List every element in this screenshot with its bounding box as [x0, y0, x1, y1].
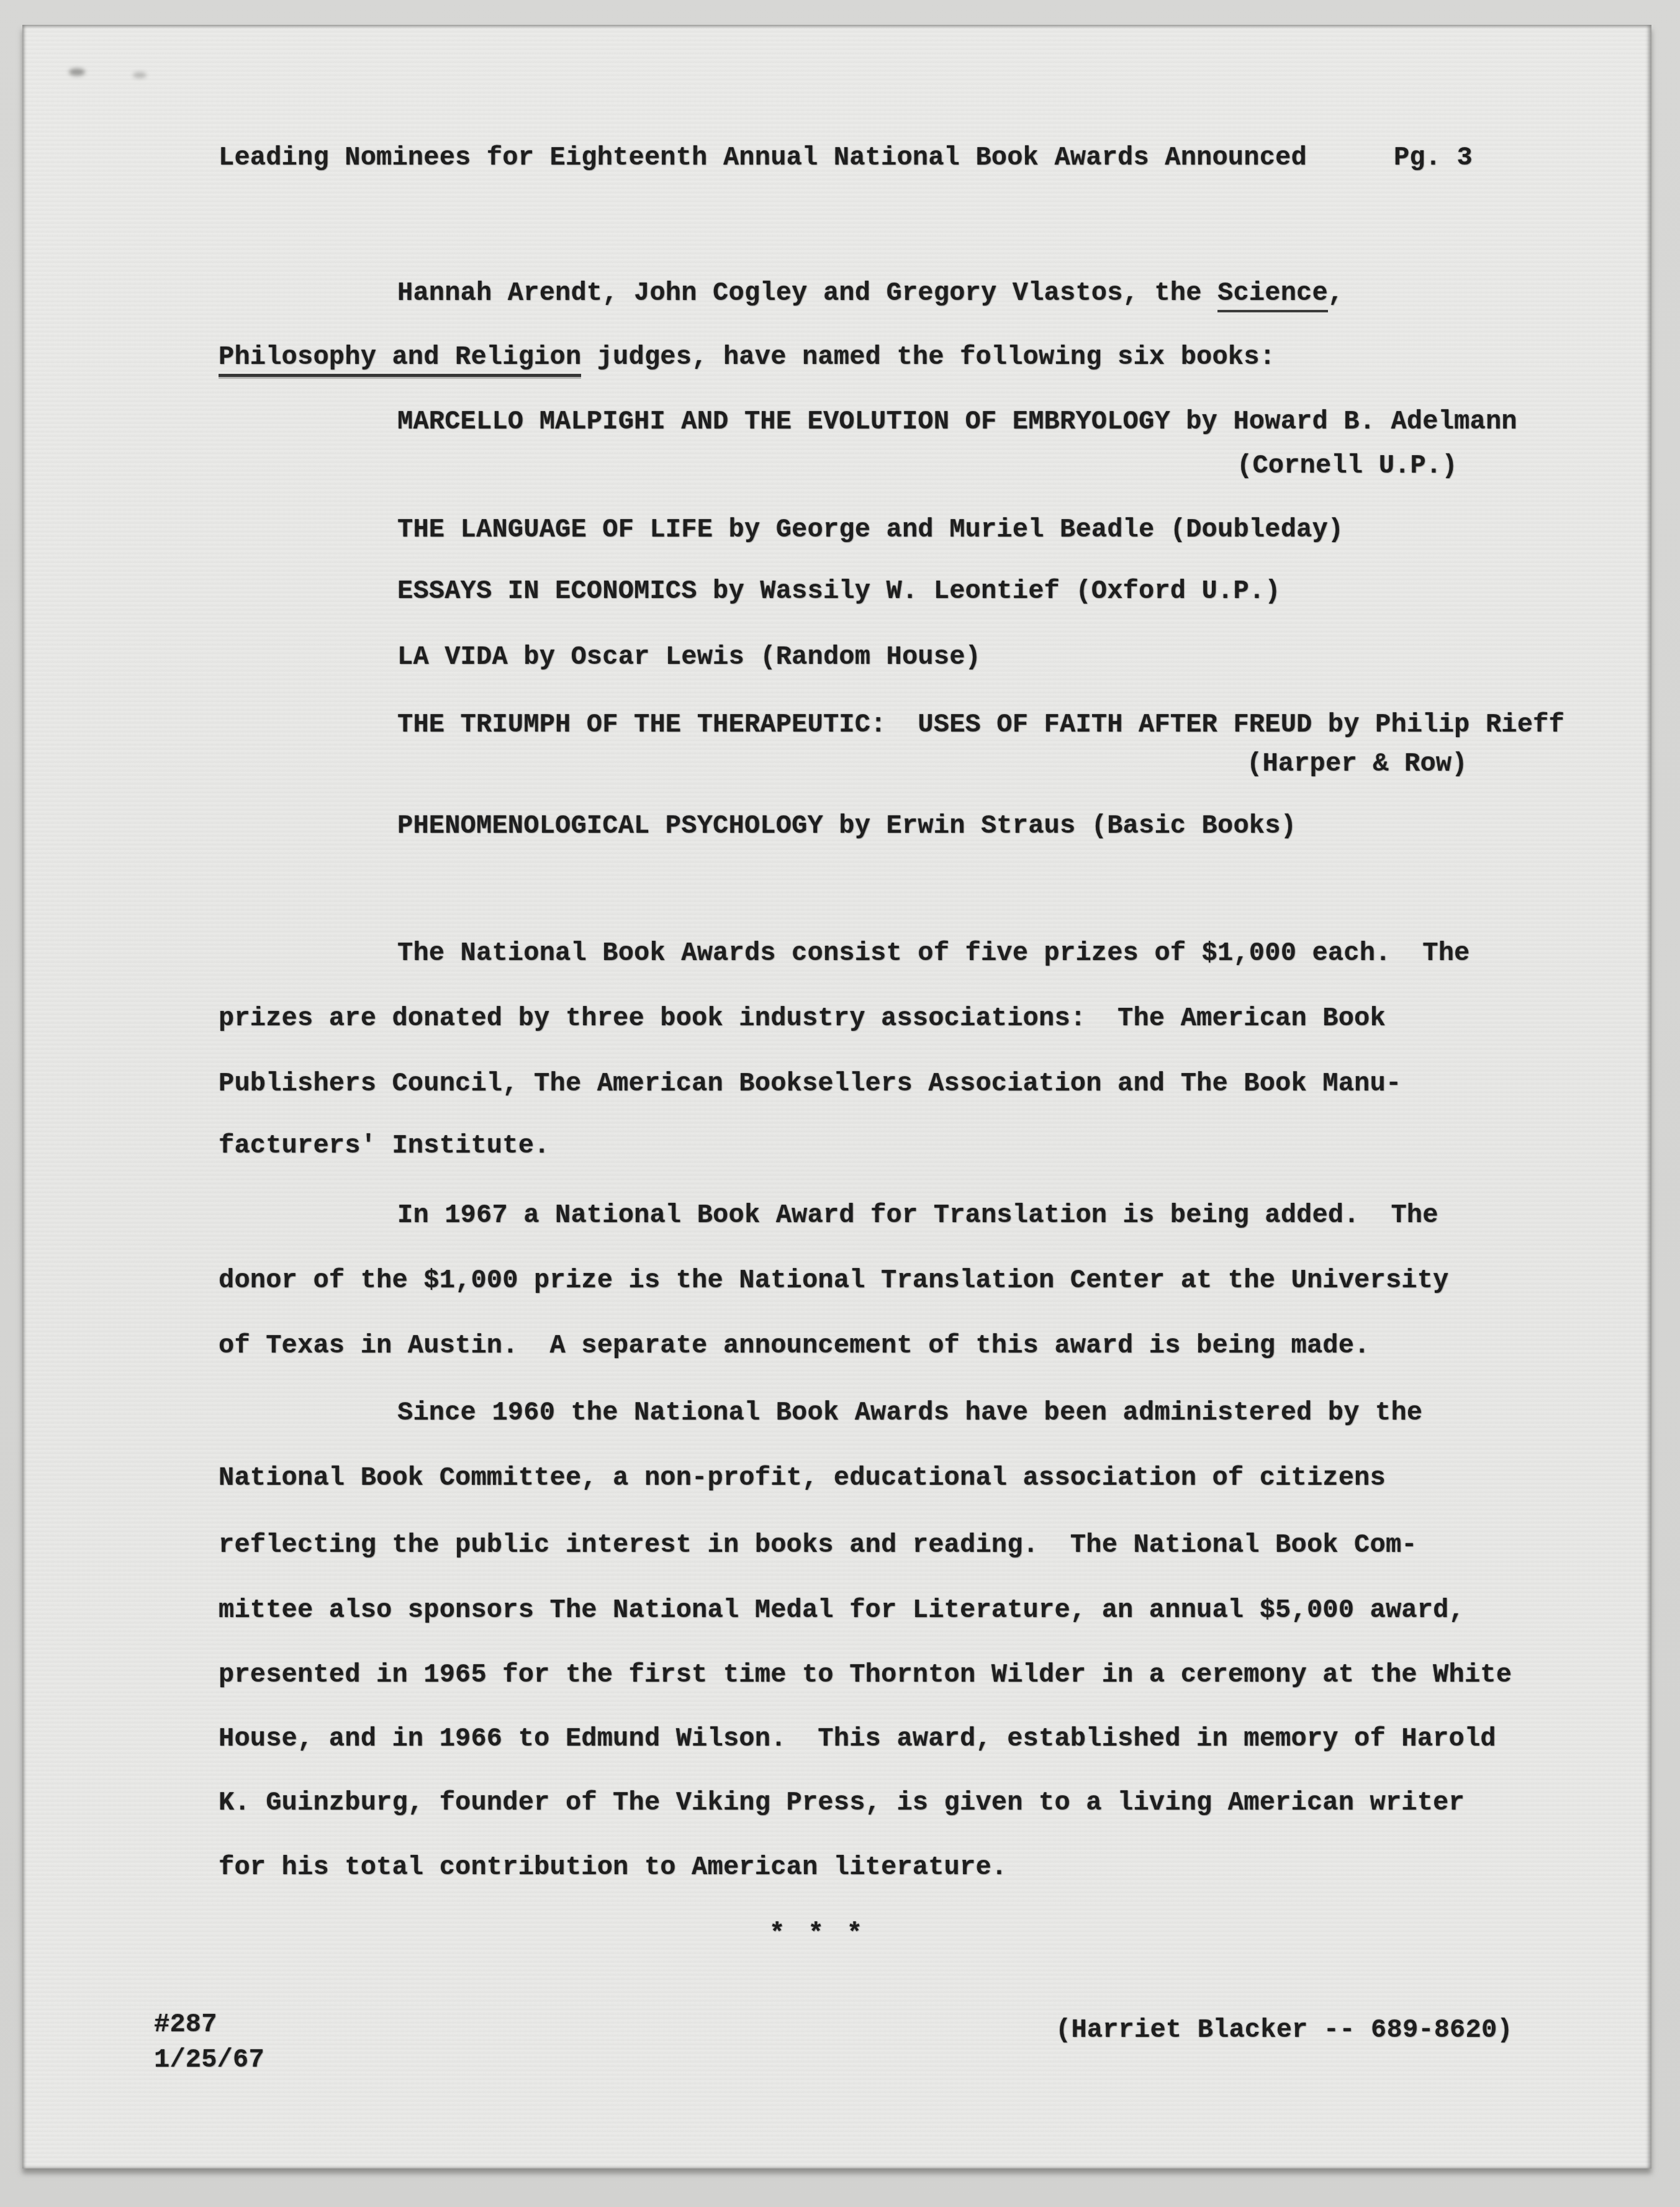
release-number: #287 — [154, 2010, 217, 2039]
paragraph-1-line-1: The National Book Awards consist of five… — [397, 938, 1470, 968]
book-item-5-title: THE TRIUMPH OF THE THERAPEUTIC: USES OF … — [397, 710, 1565, 740]
book-item-1-publisher: (Cornell U.P.) — [1237, 451, 1458, 481]
paragraph-3-line-5: presented in 1965 for the first time to … — [219, 1660, 1512, 1690]
paragraph-2-line-2: donor of the $1,000 prize is the Nationa… — [219, 1266, 1449, 1295]
intro-line-2: Philosophy and Religion judges, have nam… — [219, 342, 1275, 372]
paragraph-3-line-3: reflecting the public interest in books … — [219, 1530, 1417, 1560]
scan-smudge — [69, 68, 85, 76]
intro-line-1: Hannah Arendt, John Cogley and Gregory V… — [397, 278, 1344, 308]
book-item-3-title: ESSAYS IN ECONOMICS by Wassily W. Leonti… — [397, 576, 1281, 606]
book-item-6-title: PHENOMENOLOGICAL PSYCHOLOGY by Erwin Str… — [397, 811, 1296, 841]
intro-line-1-text: Hannah Arendt, John Cogley and Gregory V… — [397, 278, 1217, 308]
paragraph-2-line-1: In 1967 a National Book Award for Transl… — [397, 1200, 1438, 1230]
press-contact: (Harriet Blacker -- 689-8620) — [1055, 2015, 1513, 2045]
paragraph-3-line-8: for his total contribution to American l… — [219, 1852, 1007, 1882]
underlined-philosophy-religion: Philosophy and Religion — [219, 342, 581, 377]
paragraph-3-line-6: House, and in 1966 to Edmund Wilson. Thi… — [219, 1724, 1496, 1754]
page-number: Pg. 3 — [1394, 143, 1473, 173]
scan-smudge — [133, 72, 147, 78]
paragraph-3-line-1: Since 1960 the National Book Awards have… — [397, 1398, 1422, 1428]
release-date: 1/25/67 — [154, 2045, 264, 2075]
scanned-page-background: Leading Nominees for Eighteenth Annual N… — [0, 0, 1680, 2207]
paragraph-3-line-2: National Book Committee, a non-profit, e… — [219, 1463, 1386, 1493]
paragraph-2-line-3: of Texas in Austin. A separate announcem… — [219, 1331, 1370, 1361]
book-item-1-title: MARCELLO MALPIGHI AND THE EVOLUTION OF E… — [397, 407, 1517, 437]
intro-line-2-text: judges, have named the following six boo… — [581, 342, 1275, 372]
paragraph-3-line-4: mittee also sponsors The National Medal … — [219, 1595, 1465, 1625]
paragraph-1-line-4: facturers' Institute. — [219, 1131, 550, 1161]
paragraph-1-line-3: Publishers Council, The American Booksel… — [219, 1069, 1401, 1099]
book-item-5-publisher: (Harper & Row) — [1247, 749, 1468, 779]
book-item-2-title: THE LANGUAGE OF LIFE by George and Murie… — [397, 515, 1344, 545]
paragraph-3-line-7: K. Guinzburg, founder of The Viking Pres… — [219, 1788, 1465, 1818]
document-page: Leading Nominees for Eighteenth Annual N… — [22, 25, 1651, 2168]
page-header: Leading Nominees for Eighteenth Annual N… — [219, 143, 1473, 173]
asterisk-divider: * * * — [769, 1919, 866, 1949]
intro-line-1-comma: , — [1328, 278, 1344, 308]
underlined-science: Science — [1217, 278, 1328, 312]
page-title: Leading Nominees for Eighteenth Annual N… — [219, 143, 1307, 173]
book-item-4-title: LA VIDA by Oscar Lewis (Random House) — [397, 642, 981, 672]
paragraph-1-line-2: prizes are donated by three book industr… — [219, 1004, 1386, 1033]
